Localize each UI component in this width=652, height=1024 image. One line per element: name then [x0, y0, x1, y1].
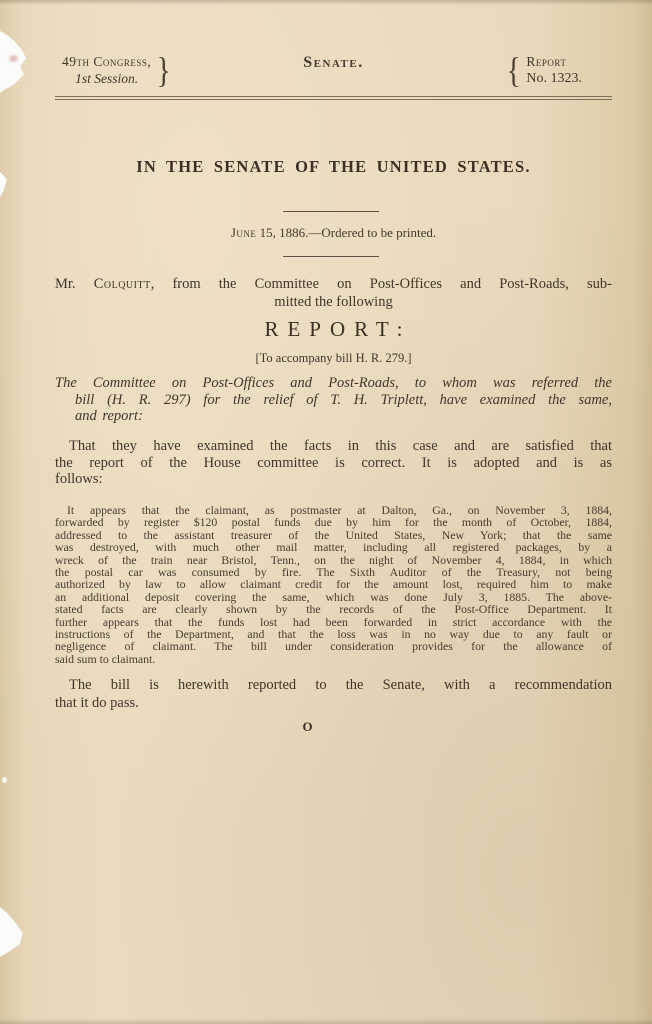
date-month: June [231, 225, 257, 240]
text-line: The Committee on Post-Offices and Post-R… [55, 375, 612, 392]
text-line: forwarded by register $120 postal funds … [55, 516, 612, 528]
submission-prefix: Mr. [55, 276, 94, 292]
closing-paragraph: The bill is herewith reported to the Sen… [55, 677, 612, 712]
session-label: 1st Session. [62, 70, 151, 87]
submission-line-1: Mr. Colquitt, from the Committee on Post… [55, 276, 612, 294]
left-curly-brace: { [507, 52, 521, 88]
paper-tear-mid-left [0, 172, 8, 197]
text-line: the report of the House committee is cor… [55, 455, 612, 472]
text-line: said sum to claimant. [55, 653, 612, 665]
committee-finding-paragraph: That they have examined the facts in thi… [55, 438, 612, 488]
text-line: that it do pass. [55, 695, 612, 713]
house-report-excerpt: It appears that the claimant, as postmas… [55, 504, 612, 665]
text-line: bill (H. R. 297) for the relief of T. H.… [55, 392, 612, 409]
text-line: was destroyed, with much other mail matt… [55, 541, 612, 553]
submission-paragraph: Mr. Colquitt, from the Committee on Post… [55, 276, 612, 311]
scanned-document-page: 49th Congress, 1st Session. } Senate. { … [0, 0, 652, 1024]
text-line: stated facts are clearly shown by the re… [55, 603, 612, 615]
text-line: authorized by law to allow claimant cred… [55, 578, 612, 590]
text-line: follows: [55, 471, 612, 488]
paper-tear-top-left [0, 31, 26, 93]
text-line: That they have examined the facts in thi… [55, 438, 612, 455]
report-label: Report [526, 53, 582, 70]
paper-stain [9, 55, 18, 62]
masthead-double-rule [55, 96, 612, 100]
accompany-bill-note: [To accompany bill H. R. 279.] [55, 351, 612, 366]
end-ornament: O [55, 719, 612, 735]
paper-speck [2, 777, 7, 783]
text-line: The bill is herewith reported to the Sen… [55, 677, 612, 695]
chamber-heading: IN THE SENATE OF THE UNITED STATES. [55, 157, 612, 177]
date-rest: 15, 1886.—Ordered to be printed. [256, 225, 436, 240]
submission-line-2: mitted the following [55, 294, 612, 312]
text-line: and report: [55, 408, 612, 425]
report-number: No. 1323. [526, 70, 582, 87]
masthead: 49th Congress, 1st Session. } Senate. { … [55, 48, 612, 98]
separator-rule-bottom [283, 256, 379, 257]
text-line: negligence of claimant. The bill under c… [55, 640, 612, 652]
order-date-line: June 15, 1886.—Ordered to be printed. [55, 225, 612, 241]
referral-paragraph: The Committee on Post-Offices and Post-R… [55, 375, 612, 425]
separator-rule-top [283, 211, 379, 212]
masthead-right-block: { Report No. 1323. [505, 52, 582, 88]
report-title: REPORT: [55, 317, 612, 342]
senator-name: Colquitt [94, 276, 151, 292]
submission-rest: , from the Committee on Post-Offices and… [151, 276, 612, 292]
paper-tear-lower-left [0, 907, 24, 957]
